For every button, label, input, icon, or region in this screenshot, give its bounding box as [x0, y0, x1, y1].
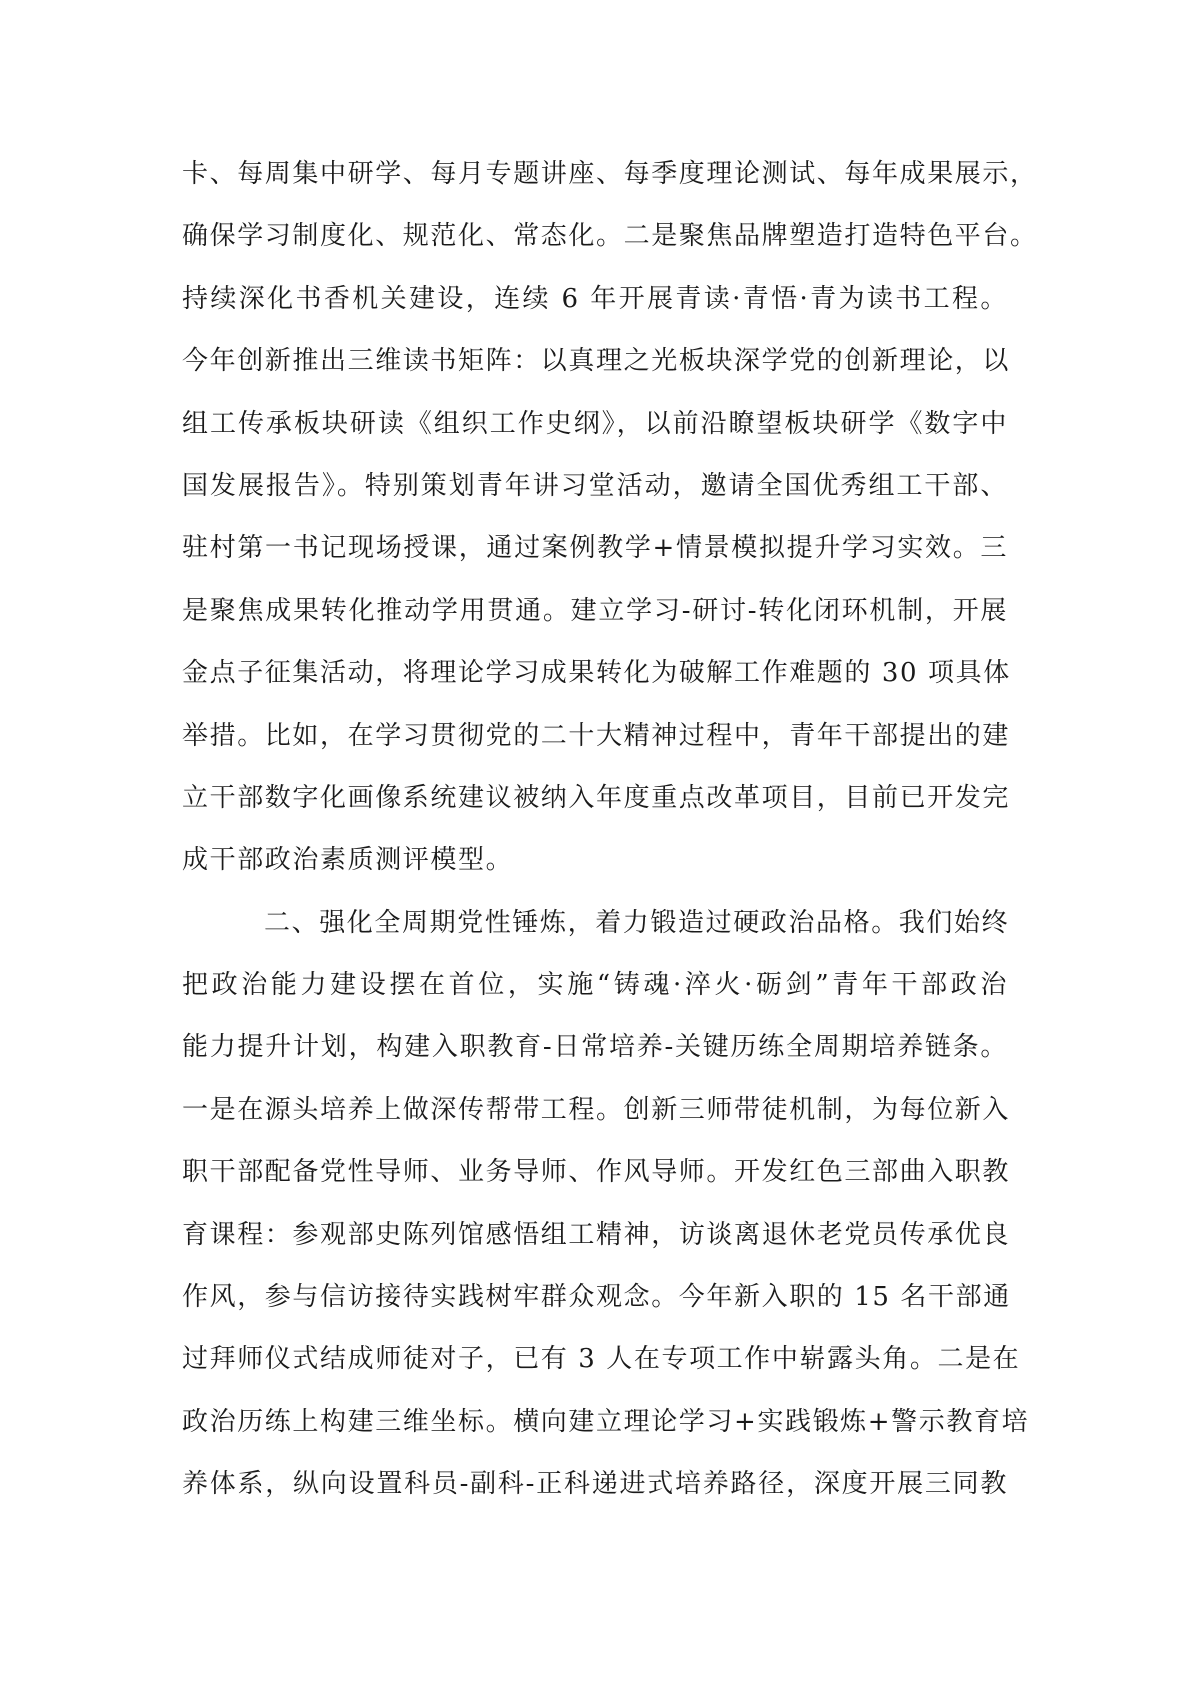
text-line: 立干部数字化画像系统建议被纳入年度重点改革项目，目前已开发完 — [182, 767, 1008, 829]
text-line: 过拜师仪式结成师徒对子，已有 3 人在专项工作中崭露头角。二是在 — [182, 1328, 1008, 1390]
paragraph-section-two: 二、强化全周期党性锤炼，着力锻造过硬政治品格。我们始终 把政治能力建设摆在首位，… — [182, 892, 1008, 1516]
paragraph-study-mechanisms: 卡、每周集中研学、每月专题讲座、每季度理论测试、每年成果展示， 确保学习制度化、… — [182, 143, 1008, 892]
text-line: 养体系，纵向设置科员-副科-正科递进式培养路径，深度开展三同教 — [182, 1453, 1008, 1515]
text-line: 国发展报告》。特别策划青年讲习堂活动，邀请全国优秀组工干部、 — [182, 455, 1008, 517]
text-line: 职干部配备党性导师、业务导师、作风导师。开发红色三部曲入职教 — [182, 1141, 1008, 1203]
text-line: 今年创新推出三维读书矩阵：以真理之光板块深学党的创新理论，以 — [182, 330, 1008, 392]
text-line: 是聚焦成果转化推动学用贯通。建立学习-研讨-转化闭环机制，开展 — [182, 580, 1008, 642]
text-line: 作风，参与信访接待实践树牢群众观念。今年新入职的 15 名干部通 — [182, 1266, 1008, 1328]
text-line: 把政治能力建设摆在首位，实施“铸魂·淬火·砺剑”青年干部政治 — [182, 954, 1008, 1016]
text-line: 持续深化书香机关建设，连续 6 年开展青读·青悟·青为读书工程。 — [182, 268, 1008, 330]
text-line: 驻村第一书记现场授课，通过案例教学+情景模拟提升学习实效。三 — [182, 517, 1008, 579]
text-line: 政治历练上构建三维坐标。横向建立理论学习+实践锻炼+警示教育培 — [182, 1391, 1008, 1453]
text-line: 育课程：参观部史陈列馆感悟组工精神，访谈离退休老党员传承优良 — [182, 1204, 1008, 1266]
text-line: 组工传承板块研读《组织工作史纲》，以前沿瞭望板块研学《数字中 — [182, 393, 1008, 455]
text-line: 能力提升计划，构建入职教育-日常培养-关键历练全周期培养链条。 — [182, 1016, 1008, 1078]
text-line: 卡、每周集中研学、每月专题讲座、每季度理论测试、每年成果展示， — [182, 143, 1008, 205]
text-line: 确保学习制度化、规范化、常态化。二是聚焦品牌塑造打造特色平台。 — [182, 205, 1008, 267]
text-line: 金点子征集活动，将理论学习成果转化为破解工作难题的 30 项具体 — [182, 642, 1008, 704]
text-line: 成干部政治素质测评模型。 — [182, 829, 1008, 891]
text-line: 一是在源头培养上做深传帮带工程。创新三师带徒机制，为每位新入 — [182, 1079, 1008, 1141]
section-heading-line: 二、强化全周期党性锤炼，着力锻造过硬政治品格。我们始终 — [182, 892, 1008, 954]
document-page: 卡、每周集中研学、每月专题讲座、每季度理论测试、每年成果展示， 确保学习制度化、… — [182, 143, 1008, 1516]
text-line: 举措。比如，在学习贯彻党的二十大精神过程中，青年干部提出的建 — [182, 705, 1008, 767]
